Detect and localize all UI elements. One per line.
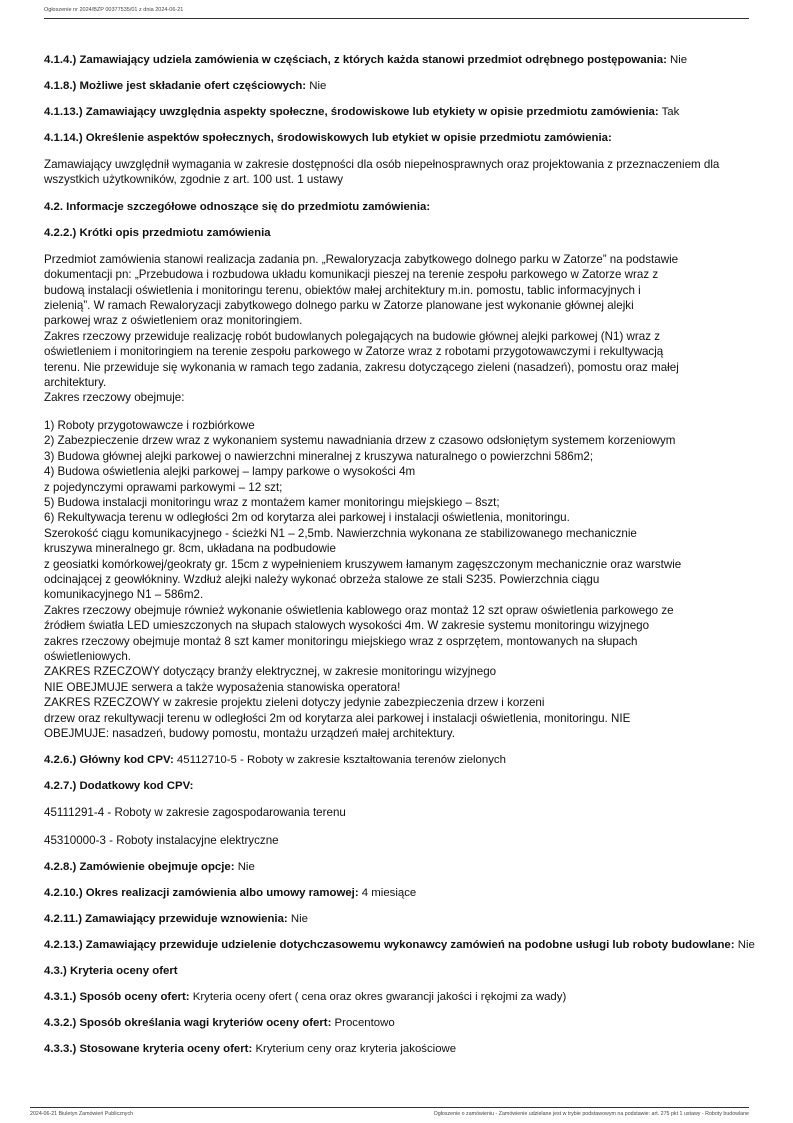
field-4-2-2: 4.2.2.) Krótki opis przedmiotu zamówieni… (44, 226, 763, 240)
field-label: 4.1.14.) Określenie aspektów społecznych… (44, 132, 612, 144)
field-4-2-8: 4.2.8.) Zamówienie obejmuje opcje: Nie (44, 860, 763, 874)
field-value: Kryterium ceny oraz kryteria jakościowe (252, 1043, 456, 1055)
text-line: ZAKRES RZECZOWY dotyczący branży elektry… (44, 664, 763, 679)
text-line: kruszywa mineralnego gr. 8cm, układana n… (44, 541, 763, 556)
document-content: 4.1.4.) Zamawiający udziela zamówienia w… (44, 53, 763, 1068)
field-label: 4.2.2.) Krótki opis przedmiotu zamówieni… (44, 227, 271, 239)
field-value: Nie (306, 80, 326, 92)
footer-right: Ogłoszenie o zamówieniu - Zamówienie udz… (434, 1109, 749, 1119)
field-label: 4.2.13.) Zamawiający przewiduje udzielen… (44, 939, 735, 951)
text-line: 3) Budowa głównej alejki parkowej o nawi… (44, 449, 763, 464)
text-line: architektury. (44, 375, 763, 390)
field-label: 4.2.7.) Dodatkowy kod CPV: (44, 780, 193, 792)
text-line: OBEJMUJE: nasadzeń, budowy pomostu, mont… (44, 726, 763, 741)
field-4-1-4: 4.1.4.) Zamawiający udziela zamówienia w… (44, 53, 763, 67)
field-label: 4.1.8.) Możliwe jest składanie ofert czę… (44, 80, 306, 92)
field-4-2-11: 4.2.11.) Zamawiający przewiduje wznowien… (44, 912, 763, 926)
text-line: Zakres rzeczowy obejmuje: (44, 390, 763, 405)
field-4-1-8: 4.1.8.) Możliwe jest składanie ofert czę… (44, 79, 763, 93)
footer-left: 2024-06-21 Biuletyn Zamówień Publicznych (30, 1109, 133, 1119)
field-label: 4.2.8.) Zamówienie obejmuje opcje: (44, 861, 235, 873)
field-label: 4.3.2.) Sposób określania wagi kryteriów… (44, 1017, 331, 1029)
field-4-2-7: 4.2.7.) Dodatkowy kod CPV: (44, 779, 763, 793)
scope-block: 1) Roboty przygotowawcze i rozbiórkowe2)… (44, 418, 763, 742)
text-line: ZAKRES RZECZOWY w zakresie projektu ziel… (44, 695, 763, 710)
cpv-additional-2: 45310000-3 - Roboty instalacyjne elektry… (44, 833, 763, 848)
field-label: 4.1.4.) Zamawiający udziela zamówienia w… (44, 54, 667, 66)
text-line: Zakres rzeczowy przewiduje realizację ro… (44, 329, 763, 344)
section-heading: 4.3.) Kryteria oceny ofert (44, 965, 178, 977)
field-label: 4.2.11.) Zamawiający przewiduje wznowien… (44, 913, 288, 925)
text-line: parkowej wraz z oświetleniem oraz monito… (44, 313, 763, 328)
field-4-2-10: 4.2.10.) Okres realizacji zamówienia alb… (44, 886, 763, 900)
field-4-1-13: 4.1.13.) Zamawiający uwzględnia aspekty … (44, 105, 763, 119)
text-line: z pojedynczymi oprawami parkowymi – 12 s… (44, 480, 763, 495)
text-line: 4) Budowa oświetlenia alejki parkowej – … (44, 464, 763, 479)
text-line: odcinającej z geowłókniny. Wzdłuż alejki… (44, 572, 763, 587)
page-footer: 2024-06-21 Biuletyn Zamówień Publicznych… (30, 1107, 749, 1121)
field-value: Tak (659, 106, 680, 118)
text-line: 2) Zabezpieczenie drzew wraz z wykonanie… (44, 433, 763, 448)
text-line: zakres rzeczowy obejmuje montaż 8 szt ka… (44, 634, 763, 649)
field-value: 45112710-5 - Roboty w zakresie kształtow… (174, 754, 506, 766)
field-4-3-3: 4.3.3.) Stosowane kryteria oceny ofert: … (44, 1042, 763, 1056)
field-value: Nie (735, 939, 755, 951)
text-line: oświetleniem i monitoringiem na terenie … (44, 344, 763, 359)
text-line: drzew oraz rekultywacji terenu w odległo… (44, 711, 763, 726)
field-label: 4.3.1.) Sposób oceny ofert: (44, 991, 190, 1003)
field-label: 4.1.13.) Zamawiający uwzględnia aspekty … (44, 106, 659, 118)
field-4-1-14-text: Zamawiający uwzględnił wymagania w zakre… (44, 157, 763, 188)
section-heading: 4.2. Informacje szczegółowe odnoszące si… (44, 201, 430, 213)
text-line: dokumentacji pn: „Przebudowa i rozbudowa… (44, 267, 763, 282)
description-block: Przedmiot zamówienia stanowi realizacja … (44, 252, 763, 406)
field-label: 4.3.3.) Stosowane kryteria oceny ofert: (44, 1043, 252, 1055)
text-line: z geosiatki komórkowej/geokraty gr. 15cm… (44, 557, 763, 572)
text-line: 6) Rekultywacja terenu w odległości 2m o… (44, 510, 763, 525)
text-line: komunikacyjnego N1 – 586m2. (44, 587, 763, 602)
text-line: terenu. Nie przewiduje się wykonania w r… (44, 360, 763, 375)
field-value: Procentowo (331, 1017, 394, 1029)
text-line: budową instalacji oświetlenia i monitori… (44, 283, 763, 298)
text-line: Zakres rzeczowy obejmuje również wykonan… (44, 603, 763, 618)
text-line: oświetleniowych. (44, 649, 763, 664)
field-4-2-6: 4.2.6.) Główny kod CPV: 45112710-5 - Rob… (44, 753, 763, 767)
text-line: źródłem światła LED umieszczonych na słu… (44, 618, 763, 633)
field-label: 4.2.10.) Okres realizacji zamówienia alb… (44, 887, 359, 899)
field-value: Nie (235, 861, 255, 873)
text-line: Szerokość ciągu komunikacyjnego - ścieżk… (44, 526, 763, 541)
cpv-additional-1: 45111291-4 - Roboty w zakresie zagospoda… (44, 805, 763, 820)
field-value: Nie (288, 913, 308, 925)
field-value: Kryteria oceny ofert ( cena oraz okres g… (190, 991, 567, 1003)
field-4-3-2: 4.3.2.) Sposób określania wagi kryteriów… (44, 1016, 763, 1030)
text-line: zielenią”. W ramach Rewaloryzacji zabytk… (44, 298, 763, 313)
field-value: Nie (667, 54, 687, 66)
field-4-2-13: 4.2.13.) Zamawiający przewiduje udzielen… (44, 938, 763, 952)
section-4-2: 4.2. Informacje szczegółowe odnoszące si… (44, 200, 763, 214)
field-4-1-14: 4.1.14.) Określenie aspektów społecznych… (44, 131, 763, 145)
text-line: 1) Roboty przygotowawcze i rozbiórkowe (44, 418, 763, 433)
section-4-3: 4.3.) Kryteria oceny ofert (44, 964, 763, 978)
text-line: NIE OBEJMUJE serwera a także wyposażenia… (44, 680, 763, 695)
text-line: 5) Budowa instalacji monitoringu wraz z … (44, 495, 763, 510)
header-text: Ogłoszenie nr 2024/BZP 00377535/01 z dni… (44, 7, 183, 13)
page-header: Ogłoszenie nr 2024/BZP 00377535/01 z dni… (44, 5, 749, 19)
field-4-3-1: 4.3.1.) Sposób oceny ofert: Kryteria oce… (44, 990, 763, 1004)
field-label: 4.2.6.) Główny kod CPV: (44, 754, 174, 766)
text-line: Przedmiot zamówienia stanowi realizacja … (44, 252, 763, 267)
field-value: 4 miesiące (359, 887, 417, 899)
